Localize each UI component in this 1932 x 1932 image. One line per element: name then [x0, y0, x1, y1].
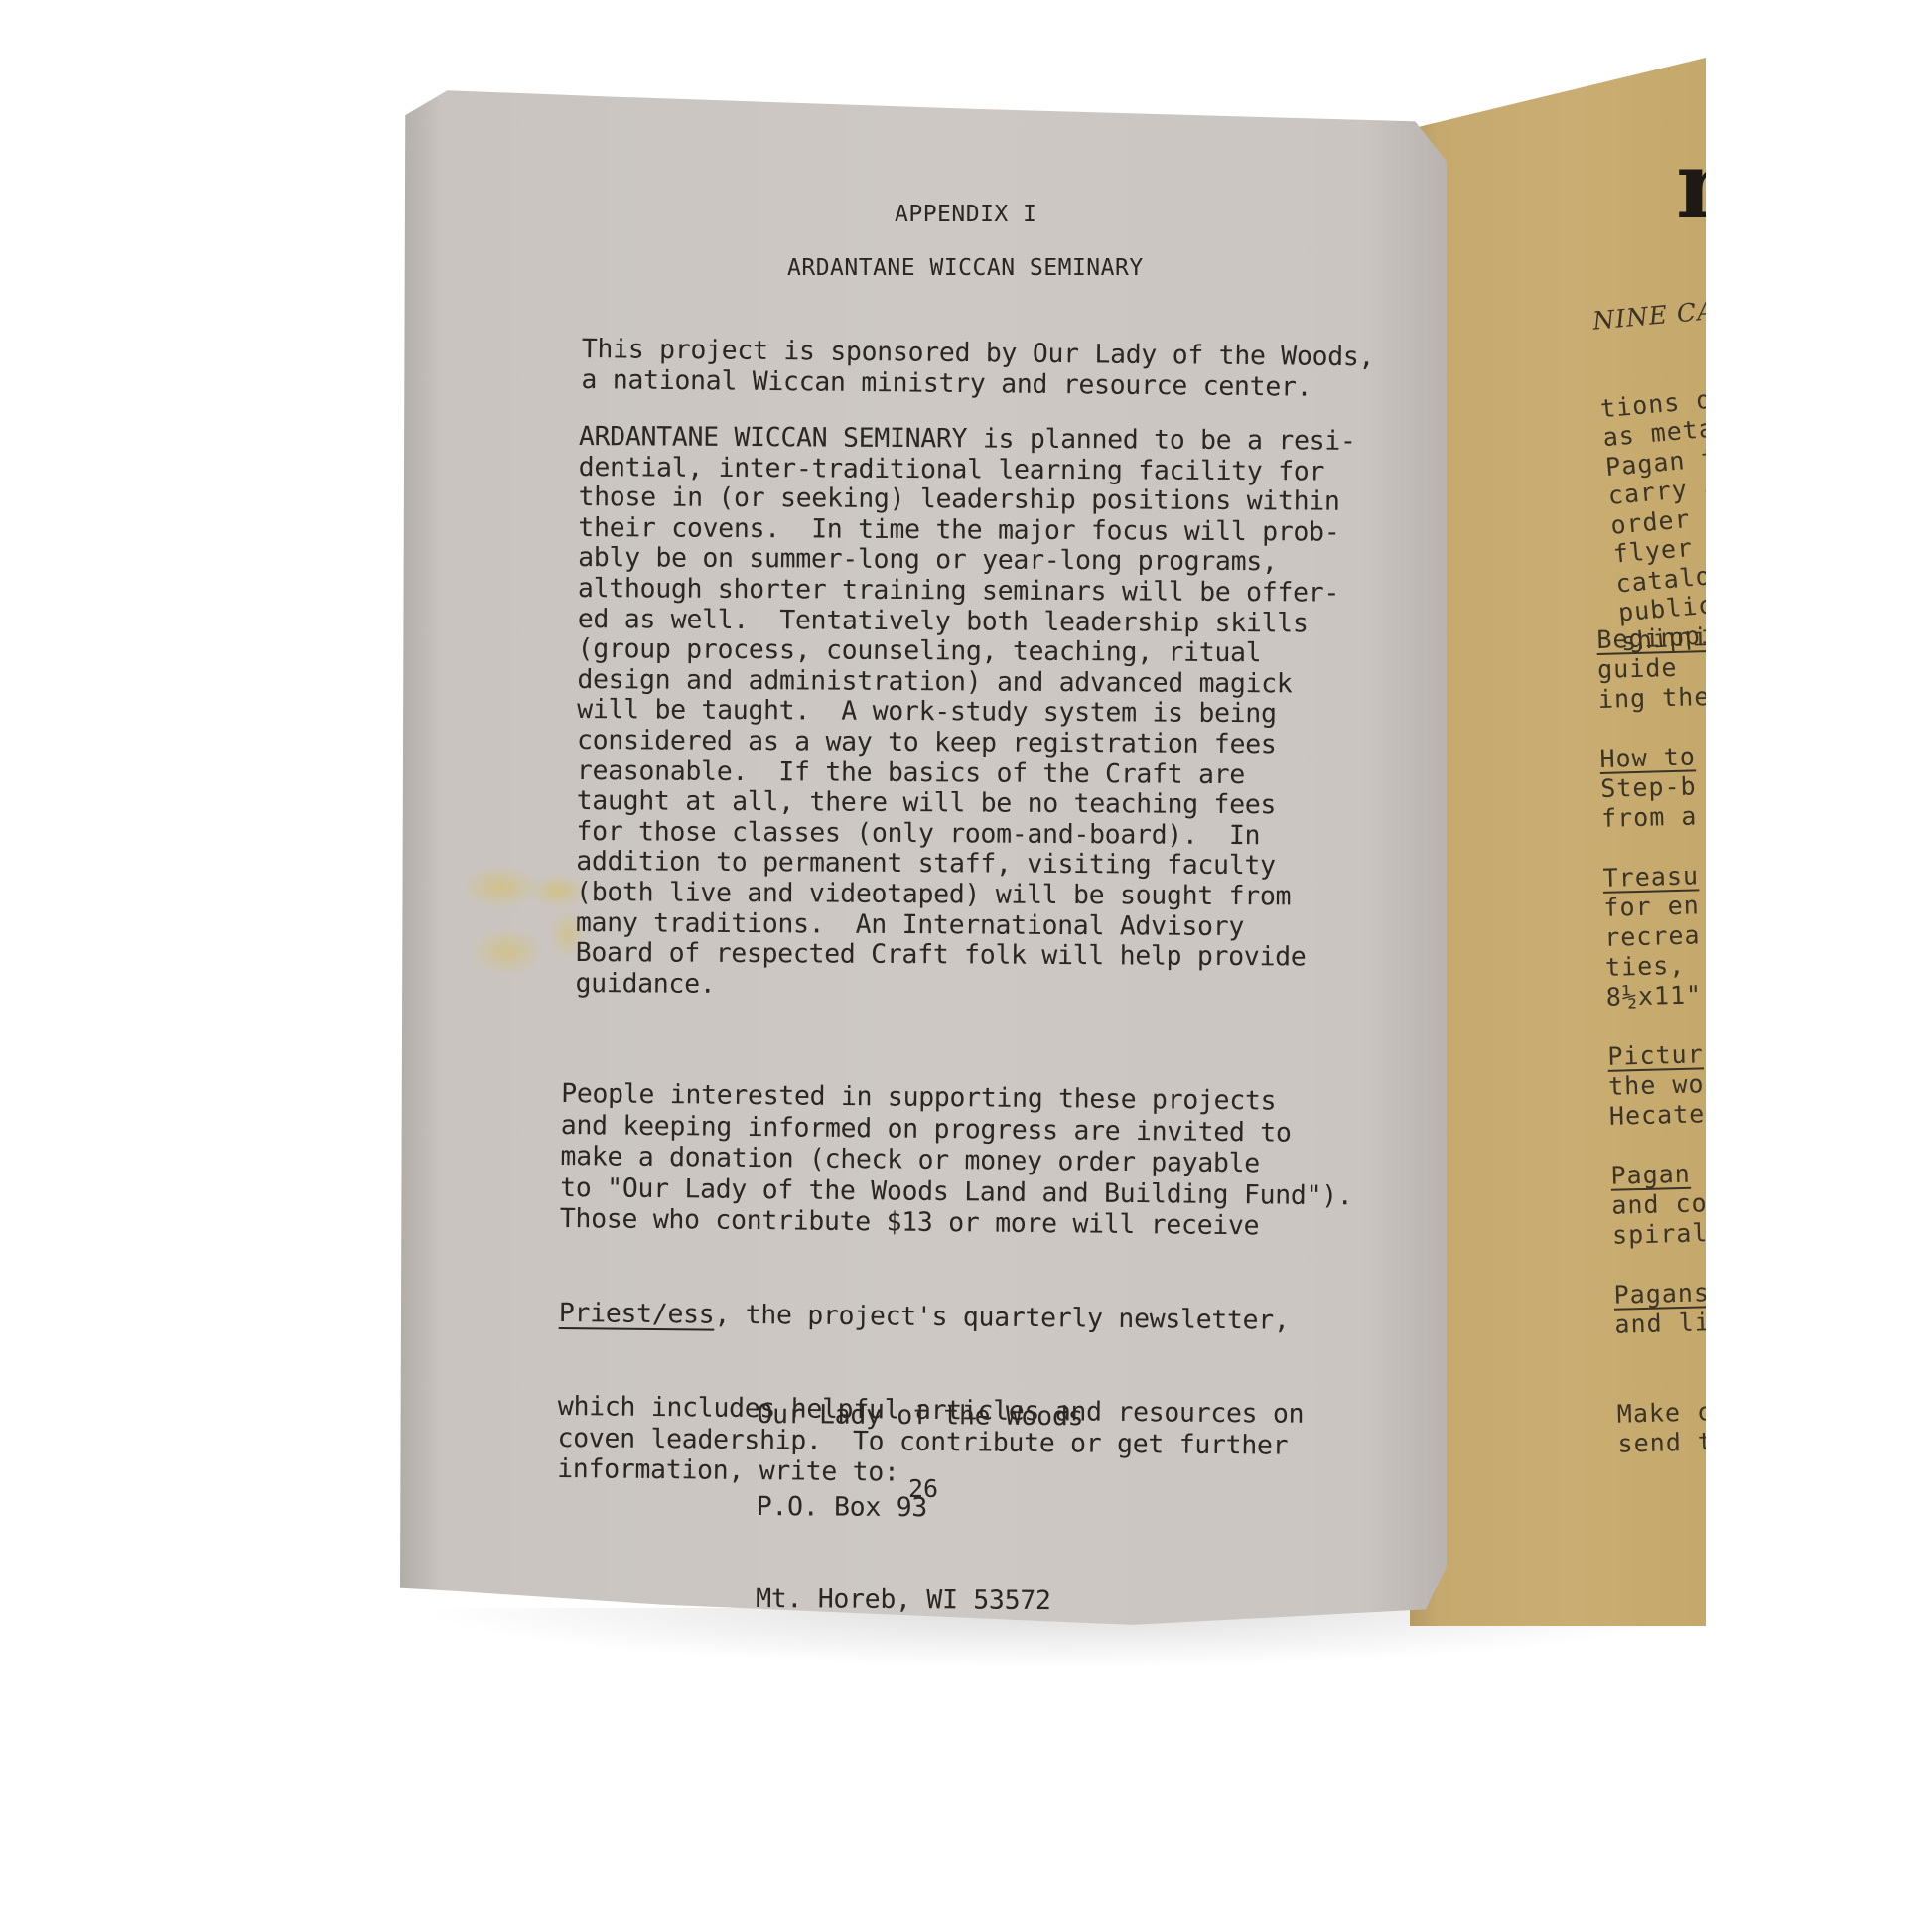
catalog-entry-title: How to — [1599, 740, 1706, 774]
page-title: ARDANTANE WICCAN SEMINARY — [787, 255, 1144, 281]
water-stain — [462, 859, 591, 988]
newsletter-line: Priest/ess, the project's quarterly news… — [559, 1297, 1352, 1336]
address-name: Our Lady of the Woods — [757, 1399, 1083, 1432]
catalog-entry: How toStep-bfrom a — [1599, 740, 1706, 834]
text-line: guide — [1597, 650, 1706, 685]
catalog-entry: Pagansand li — [1613, 1276, 1706, 1340]
text-line: guidance. — [575, 969, 1352, 1004]
page-number: 26 — [908, 1474, 938, 1503]
text-line: 8½x11" — [1605, 978, 1706, 1013]
text-line: ing the — [1598, 680, 1706, 715]
text-line: Hecate — [1609, 1097, 1706, 1132]
catalog-intro-italic: NINE CA — [1591, 296, 1706, 336]
text-line: and co — [1611, 1186, 1706, 1221]
catalog-entry-title: Treasu — [1602, 859, 1706, 894]
text-line: from a — [1601, 799, 1706, 834]
catalog-intro-lines: tions oas metaPagan tcarry aorder tflyer… — [1599, 377, 1706, 657]
intro-paragraph: This project is sponsored by Our Lady of… — [581, 335, 1374, 404]
appendix-label: APPENDIX I — [895, 202, 1036, 227]
catalog-entry: Beginniguideing the — [1596, 621, 1706, 715]
catalog-entry-title: Pagans — [1613, 1276, 1706, 1311]
text-line: a national Wiccan ministry and resource … — [581, 365, 1374, 404]
catalog-entry: Picturthe woHecate — [1607, 1037, 1706, 1132]
catalog-entry-title: Pictur — [1607, 1037, 1706, 1072]
catalog-entry-title: Beginni — [1596, 621, 1706, 655]
catalog-entry: Treasufor enrecreaties,8½x11" — [1602, 859, 1706, 1013]
text-line: the wo — [1608, 1067, 1706, 1102]
text-line: Step-b — [1600, 769, 1706, 804]
catalog-footer: Make csend t — [1616, 1394, 1706, 1458]
right-page-heading-fragment: n — [1676, 139, 1706, 232]
support-lines-before: People interested in supporting these pr… — [560, 1078, 1354, 1243]
newsletter-title: Priest/ess — [559, 1297, 715, 1329]
left-page-appendix: APPENDIX I ARDANTANE WICCAN SEMINARY Thi… — [400, 84, 1447, 1628]
description-paragraph: ARDANTANE WICCAN SEMINARY is planned to … — [575, 422, 1355, 1004]
right-page-catalog: n NINE CA tions oas metaPagan tcarry aor… — [1410, 58, 1706, 1626]
text-line: ties, — [1605, 948, 1706, 983]
newsletter-line-rest: , the project's quarterly newsletter, — [714, 1299, 1290, 1335]
text-line: send t — [1617, 1424, 1706, 1458]
text-line: spiral — [1612, 1216, 1706, 1251]
text-line: and li — [1614, 1306, 1706, 1340]
catalog-entries: Beginniguideing theHow toStep-bfrom aTre… — [1596, 621, 1706, 1459]
booklet-photo: n NINE CA tions oas metaPagan tcarry aor… — [0, 0, 1932, 1932]
text-line: for en — [1603, 889, 1706, 923]
text-line: recrea — [1604, 918, 1706, 953]
catalog-entry-title: Pagan — [1610, 1157, 1706, 1191]
catalog-entry: Paganand cospiral — [1610, 1157, 1706, 1251]
text-line: Make c — [1616, 1394, 1706, 1429]
